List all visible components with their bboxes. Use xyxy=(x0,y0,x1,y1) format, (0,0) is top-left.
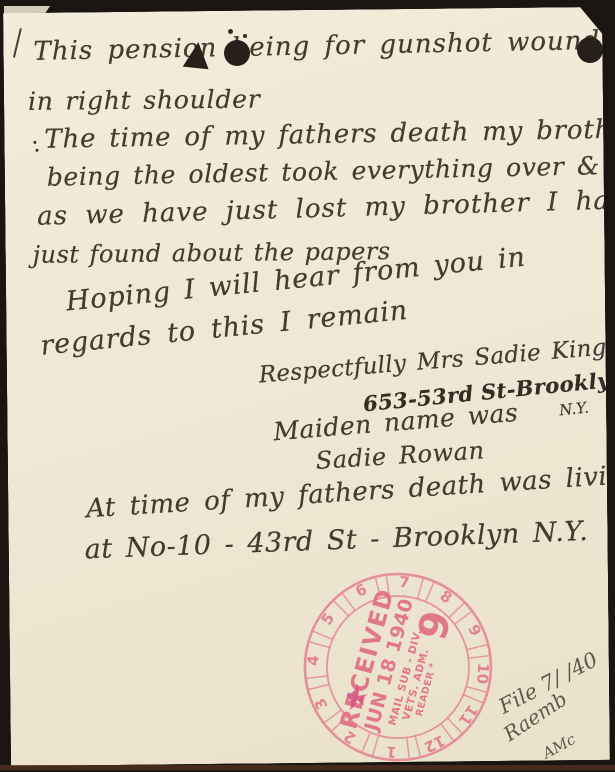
stamp-dial-number: 3 xyxy=(311,695,332,712)
scan-bottom-edge xyxy=(0,765,615,770)
letter-line: being the oldest took everything over & xyxy=(46,151,600,192)
stamp-dial-tick xyxy=(309,642,329,648)
stamp-dial-tick xyxy=(373,735,379,755)
stamp-dial-number: 8 xyxy=(437,587,456,608)
address-line: N.Y. xyxy=(558,399,589,420)
hole-punch-triangle xyxy=(183,41,212,70)
letter-line: in right shoulder xyxy=(28,84,261,115)
stamp-dial-number: 10 xyxy=(473,662,493,684)
stamp-dial-number: 6 xyxy=(353,580,370,601)
letter-line: The time of my fathers death my brother xyxy=(44,114,615,154)
ink-speck xyxy=(35,149,38,152)
stamp-dial-tick xyxy=(342,594,355,611)
stamp-dial-tick xyxy=(467,645,487,650)
maiden-name-line: Sadie Rowan xyxy=(315,436,485,475)
stamp-dial-tick xyxy=(415,736,420,756)
ink-speck xyxy=(33,141,36,144)
stamp-dial-tick xyxy=(313,631,332,639)
stray-pen-mark xyxy=(13,28,22,58)
stamp-dial-tick xyxy=(463,695,482,703)
letter-line: at No-10 - 43rd St - Brooklyn N.Y. xyxy=(84,516,589,565)
stamp-dial-number: 11 xyxy=(455,701,482,728)
stamp-dial-tick xyxy=(426,582,434,601)
stamp-dial-tick xyxy=(309,684,329,689)
stamp-dial-tick xyxy=(407,738,410,759)
stamp-dial-tick xyxy=(468,656,489,659)
pencil-initials: AMc xyxy=(540,730,579,762)
stamp-dial-tick xyxy=(417,579,423,599)
stamp-dial-number: 1 xyxy=(386,742,398,761)
stamp-dial-tick xyxy=(466,687,486,693)
letter-line: This pension being for gunshot wound xyxy=(33,26,600,67)
stamp-dial-tick xyxy=(307,676,328,679)
letter-page: This pension being for gunshot wound in … xyxy=(3,7,610,766)
stamp-dial-number: 12 xyxy=(421,731,448,756)
stamp-dial-tick xyxy=(334,601,349,616)
scanned-letter-document: This pension being for gunshot wound in … xyxy=(0,0,615,772)
ink-speck xyxy=(228,29,233,34)
hole-punch-circle xyxy=(224,40,250,66)
stamp-dial-number: 9 xyxy=(464,622,485,639)
stamp-dial-number: 7 xyxy=(399,573,411,592)
stamp-dial-number: 5 xyxy=(317,610,338,629)
stamp-dial-number: 4 xyxy=(304,655,323,667)
hole-punch-circle xyxy=(577,37,603,63)
letter-line: as we have just lost my brother I have xyxy=(37,185,615,232)
received-date-stamp: 123456789101112 RECEIVED JUN 18 1940 MAI… xyxy=(297,566,499,768)
stamp-dial-tick xyxy=(362,732,370,751)
ink-speck xyxy=(243,34,247,38)
